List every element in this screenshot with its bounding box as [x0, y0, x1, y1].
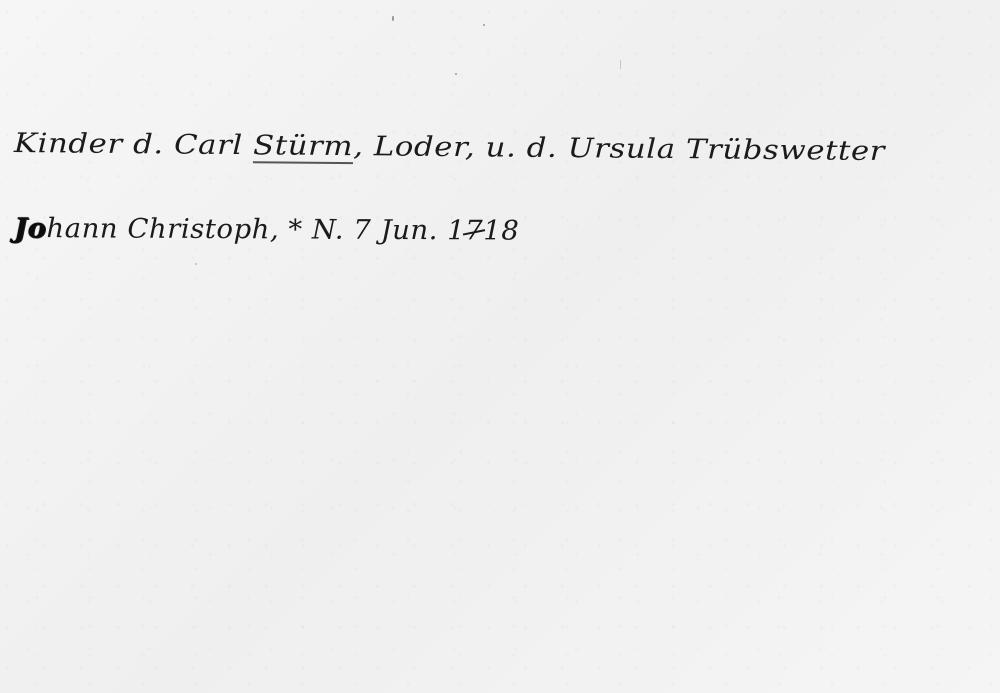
- line-1-text-start: Kinder d. Carl: [14, 128, 254, 161]
- paper-fleck: [620, 60, 621, 69]
- underlined-surname: Stürm: [253, 130, 353, 162]
- line-1-text-end: , Loder, u. d. Ursula Trübswetter: [353, 131, 885, 167]
- paper-fleck: [455, 73, 457, 75]
- paper-fleck: [392, 16, 394, 21]
- paper-fleck: [483, 24, 485, 26]
- struck-through-digit: 7: [465, 215, 483, 246]
- blotted-overwrite: Jo: [14, 213, 47, 244]
- line-2-text-end: 18: [483, 215, 519, 246]
- paper-fleck: [195, 263, 197, 265]
- handwritten-line-parents: Kinder d. Carl Stürm, Loder, u. d. Ursul…: [14, 128, 885, 167]
- archival-card: Kinder d. Carl Stürm, Loder, u. d. Ursul…: [0, 0, 1000, 693]
- handwritten-line-child-birth: Johann Christoph, * N. 7 Jun. 1718: [14, 213, 520, 247]
- line-2-text-start: hann Christoph, * N. 7 Jun. 1: [46, 213, 465, 246]
